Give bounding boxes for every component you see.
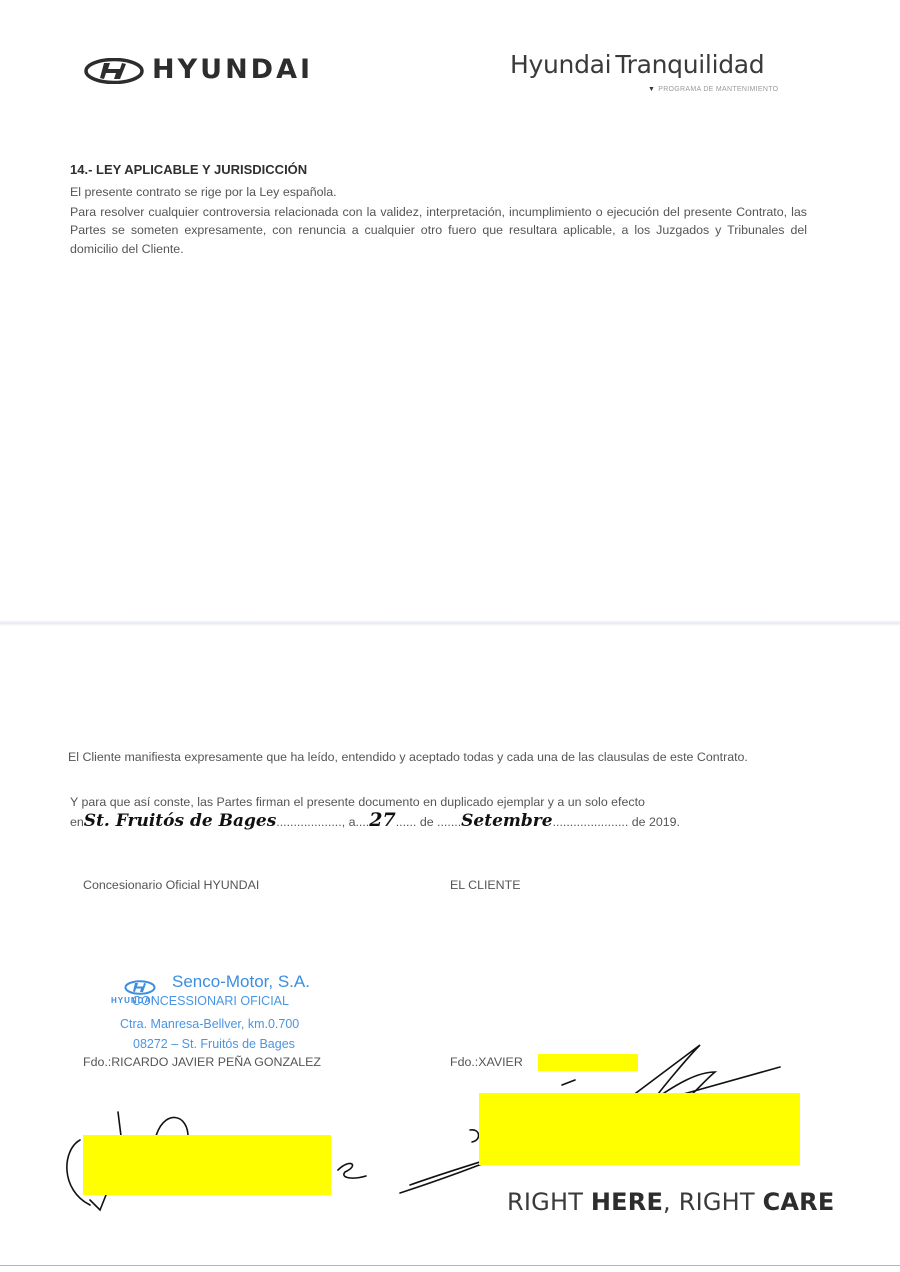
stamp-line-1: CONCESSIONARI OFICIAL [132,994,289,1008]
paper-fold-line [0,620,900,626]
client-label: EL CLIENTE [450,878,520,892]
date-line: enSt. Fruitós de Bages..................… [70,811,810,831]
tagline-here: HERE [591,1188,663,1216]
day-dots-after: ...... [396,815,417,829]
tagline-right-1: RIGHT [507,1188,591,1216]
redaction-dealer-signature [83,1135,331,1195]
handwritten-month: Setembre [461,811,552,831]
hyundai-emblem-icon [84,58,144,84]
tagline-right-2: , RIGHT [663,1188,763,1216]
dealer-label: Concesionario Oficial HYUNDAI [83,878,259,892]
month-dots-after: ...................... [553,815,629,829]
clause-paragraph-1: El presente contrato se rige por la Ley … [70,183,337,201]
bottom-rule [0,1265,900,1266]
dealer-signed-by: Fdo.:RICARDO JAVIER PEÑA GONZALEZ [83,1055,321,1069]
brand-subtitle: ▼PROGRAMA DE MANTENIMIENTO [648,86,778,93]
brand-title-tranquilidad: Tranquilidad [615,50,764,79]
sep-de: de [416,815,437,829]
footer-tagline: RIGHT HERE, RIGHT CARE [507,1188,834,1216]
redaction-client-surname [538,1054,638,1071]
signing-statement: Y para que así conste, las Partes firman… [70,793,810,811]
redaction-client-signature [479,1093,800,1165]
date-prefix: en [70,815,84,829]
stamp-company-name: Senco-Motor, S.A. [172,972,310,992]
handwritten-place: St. Fruitós de Bages [84,811,276,831]
hyundai-logo-text: HYUNDAI [152,54,313,85]
clause-paragraph-2: Para resolver cualquier controversia rel… [70,203,807,258]
day-dots-before: .... [355,815,369,829]
tagline-care: CARE [763,1188,835,1216]
clause-title: 14.- LEY APLICABLE Y JURISDICCIÓN [70,162,307,177]
year-text: de 2019. [628,815,680,829]
stamp-line-2: Ctra. Manresa-Bellver, km.0.700 [120,1017,299,1031]
client-signed-by: Fdo.:XAVIER [450,1055,523,1069]
brand-title-hyundai: Hyundai [510,50,611,79]
sep-a: , a [342,815,356,829]
place-dots: ................... [276,815,341,829]
triangle-down-icon: ▼ [648,86,655,93]
handwritten-day: 27 [369,809,395,831]
stamp-line-3: 08272 – St. Fruitós de Bages [133,1037,295,1051]
brand-title: HyundaiTranquilidad [510,50,764,79]
acceptance-statement: El Cliente manifiesta expresamente que h… [68,748,808,766]
brand-subtitle-text: PROGRAMA DE MANTENIMIENTO [658,86,778,93]
month-dots-before: ....... [437,815,461,829]
stamp-hyundai-emblem-icon [124,980,156,995]
